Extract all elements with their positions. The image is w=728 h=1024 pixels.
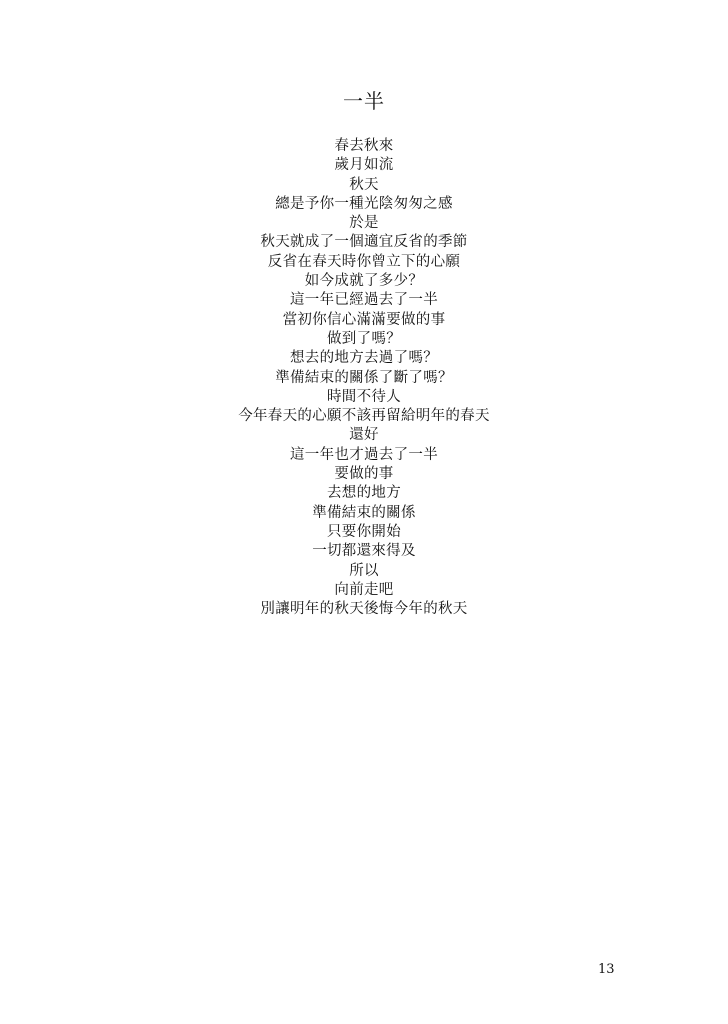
- poem-line: 所以: [0, 562, 728, 581]
- poem-line: 還好: [0, 426, 728, 445]
- poem-line: 總是予你一種光陰匆匆之感: [0, 195, 728, 214]
- poem-line: 當初你信心滿滿要做的事: [0, 311, 728, 330]
- poem-line: 秋天: [0, 176, 728, 195]
- poem-line: 一切都還來得及: [0, 542, 728, 561]
- poem-line: 只要你開始: [0, 523, 728, 542]
- poem-line: 要做的事: [0, 465, 728, 484]
- poem-line: 做到了嗎？: [0, 330, 728, 349]
- poem-line: 春去秋來: [0, 137, 728, 156]
- poem-line: 時間不待人: [0, 388, 728, 407]
- poem-line: 如今成就了多少？: [0, 272, 728, 291]
- poem-line: 這一年也才過去了一半: [0, 446, 728, 465]
- poem-line: 別讓明年的秋天後悔今年的秋天: [0, 600, 728, 619]
- poem-line: 秋天就成了一個適宜反省的季節: [0, 233, 728, 252]
- poem-line: 反省在春天時你曾立下的心願: [0, 253, 728, 272]
- poem-line: 想去的地方去過了嗎？: [0, 349, 728, 368]
- poem-line: 去想的地方: [0, 484, 728, 503]
- poem-line: 這一年已經過去了一半: [0, 291, 728, 310]
- poem-body: 春去秋來 歲月如流 秋天 總是予你一種光陰匆匆之感 於是 秋天就成了一個適宜反省…: [0, 137, 728, 619]
- poem-line: 準備結束的關係了斷了嗎？: [0, 369, 728, 388]
- poem-title: 一半: [0, 88, 728, 114]
- poem-line: 於是: [0, 214, 728, 233]
- poem-line: 準備結束的關係: [0, 504, 728, 523]
- page-number: 13: [598, 962, 615, 978]
- poem-line: 歲月如流: [0, 156, 728, 175]
- poem-line: 今年春天的心願不該再留給明年的春天: [0, 407, 728, 426]
- poem-line: 向前走吧: [0, 581, 728, 600]
